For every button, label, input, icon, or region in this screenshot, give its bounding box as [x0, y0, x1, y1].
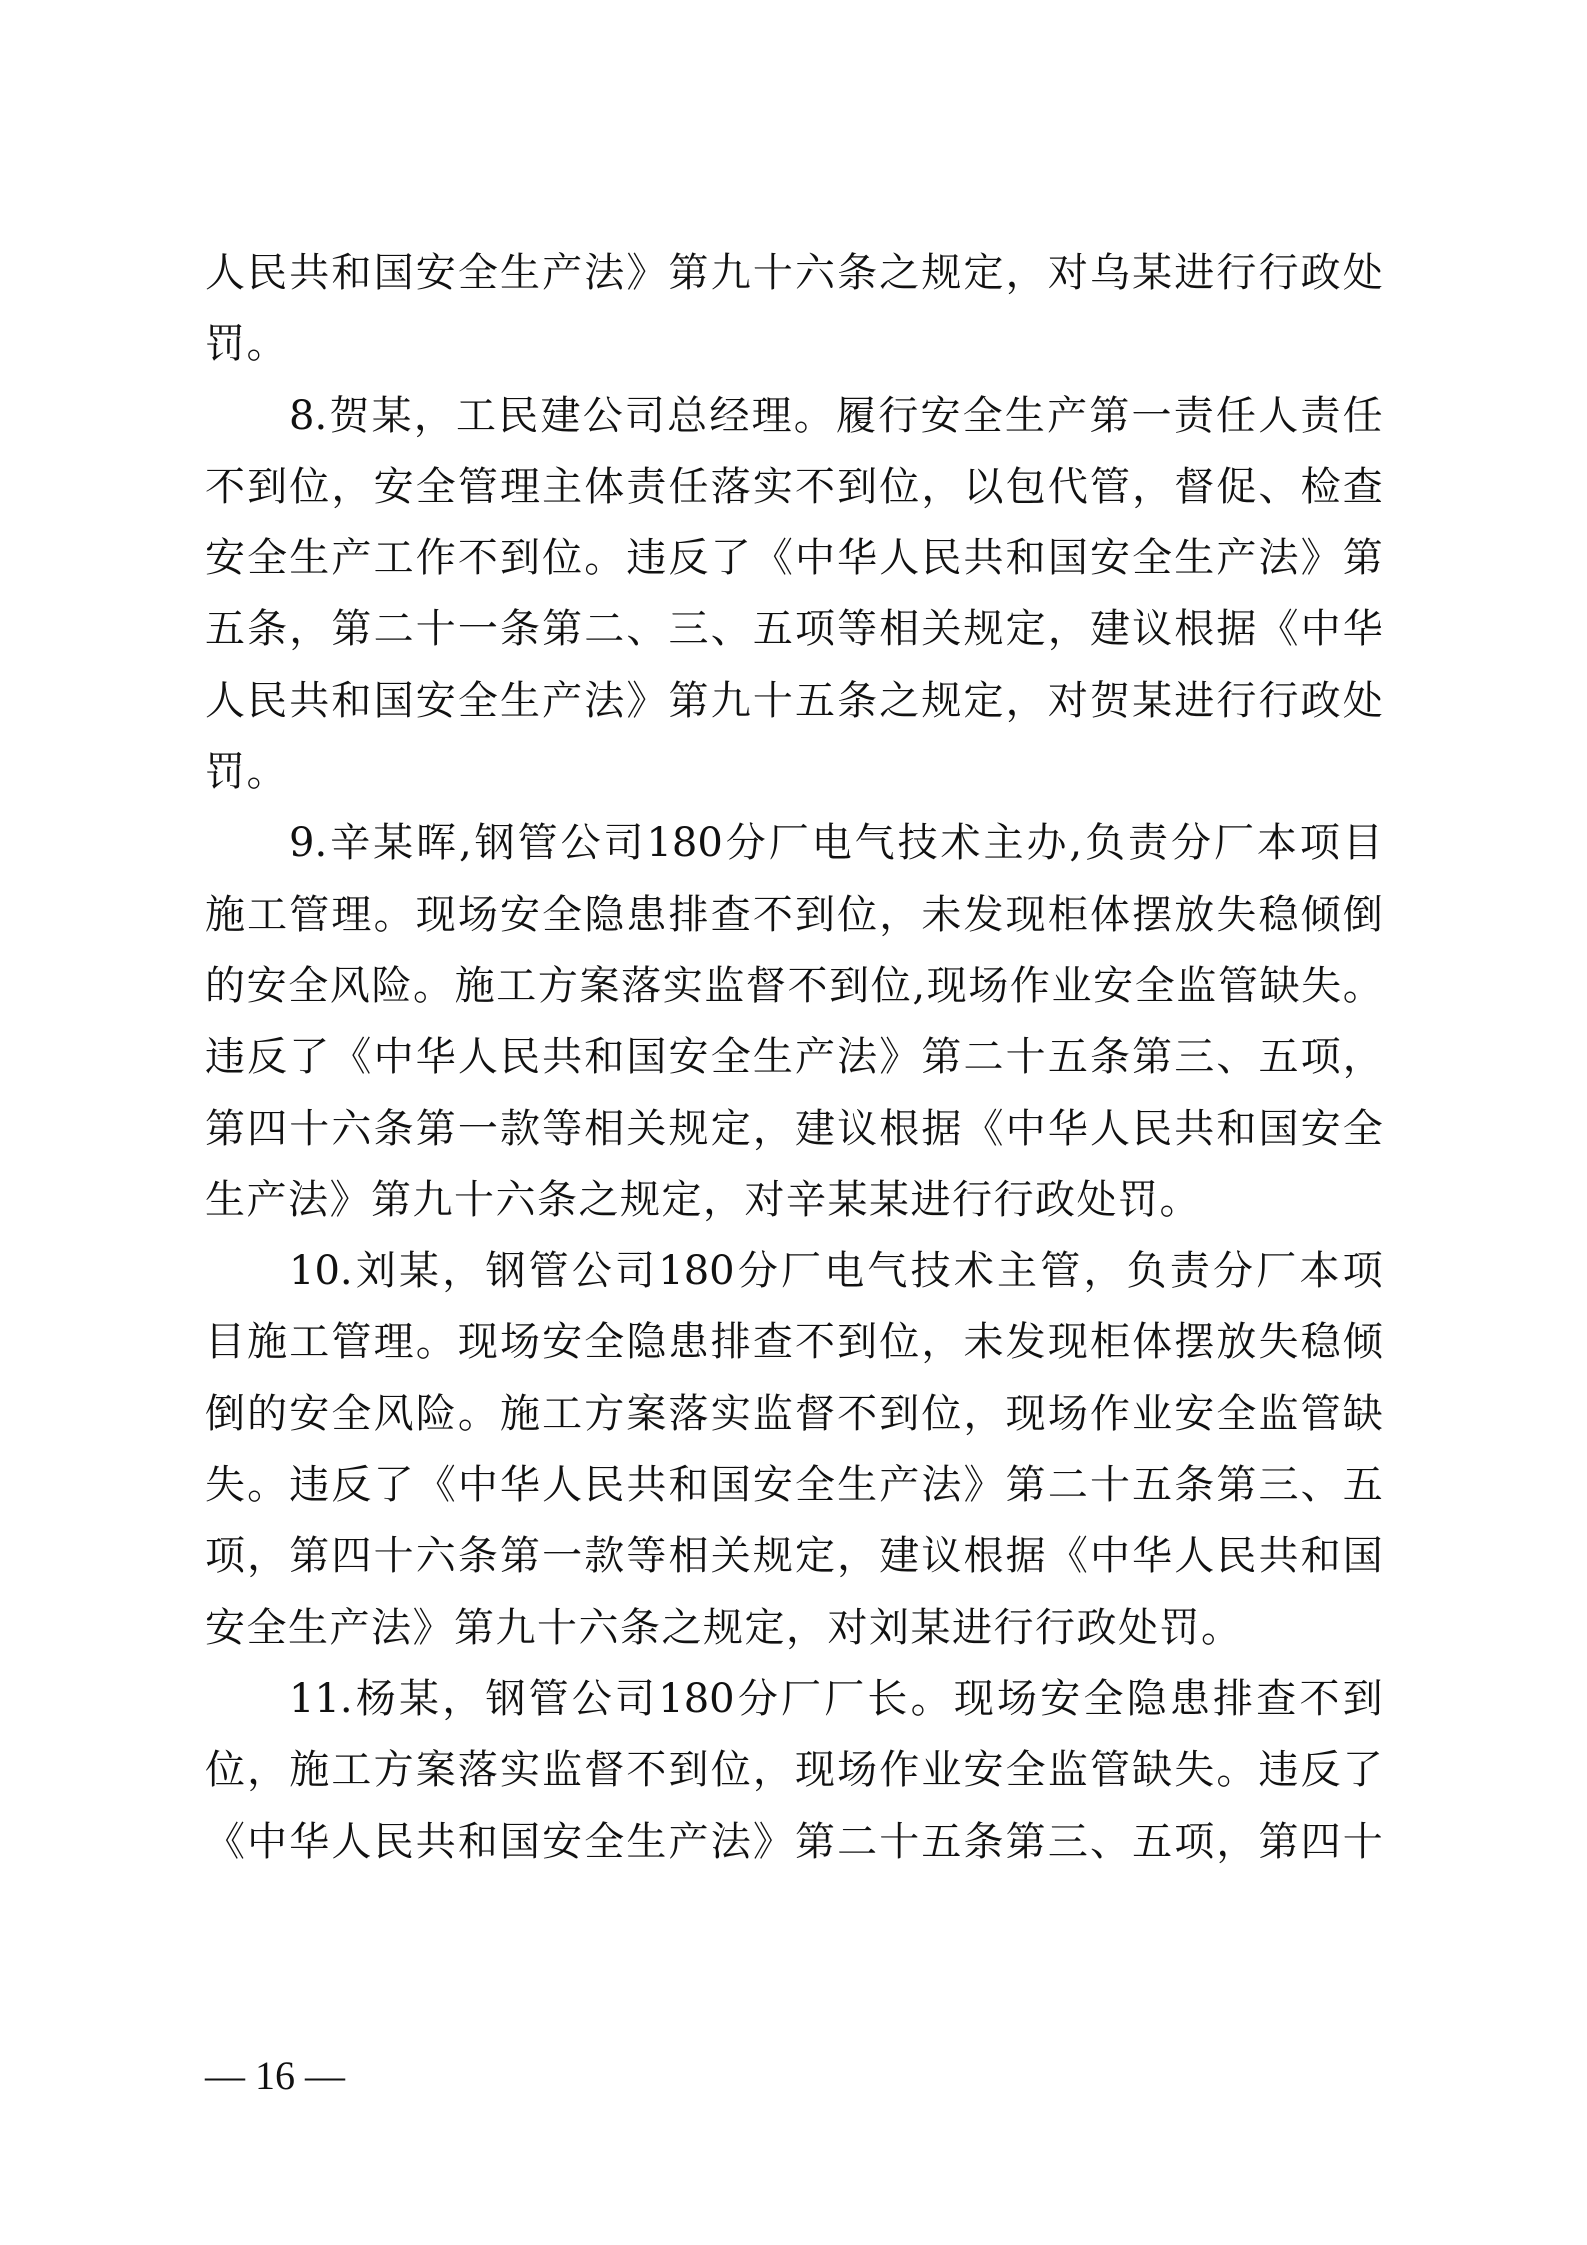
- text-line: 《中华人民共和国安全生产法》第二十五条第三、五项，第四十: [205, 1807, 1383, 1878]
- text-line: 10.刘某，钢管公司180分厂电气技术主管，负责分厂本项: [205, 1236, 1383, 1307]
- text-line: 失。违反了《中华人民共和国安全生产法》第二十五条第三、五: [205, 1450, 1383, 1521]
- text-line: 8.贺某，工民建公司总经理。履行安全生产第一责任人责任: [205, 381, 1383, 452]
- document-page: 人民共和国安全生产法》第九十六条之规定，对乌某进行行政处 罚。 8.贺某，工民建…: [0, 0, 1587, 2245]
- text-line: 不到位，安全管理主体责任落实不到位，以包代管，督促、检查: [205, 452, 1383, 523]
- document-body: 人民共和国安全生产法》第九十六条之规定，对乌某进行行政处 罚。 8.贺某，工民建…: [205, 238, 1383, 1878]
- text-line: 罚。: [205, 309, 1383, 380]
- paragraph-item-10: 10.刘某，钢管公司180分厂电气技术主管，负责分厂本项 目施工管理。现场安全隐…: [205, 1236, 1383, 1664]
- text-line: 施工管理。现场安全隐患排查不到位，未发现柜体摆放失稳倾倒: [205, 880, 1383, 951]
- text-line: 项，第四十六条第一款等相关规定，建议根据《中华人民共和国: [205, 1521, 1383, 1592]
- text-line: 9.辛某晖,钢管公司180分厂电气技术主办,负责分厂本项目: [205, 808, 1383, 879]
- paragraph-7-tail: 人民共和国安全生产法》第九十六条之规定，对乌某进行行政处 罚。: [205, 238, 1383, 381]
- paragraph-item-8: 8.贺某，工民建公司总经理。履行安全生产第一责任人责任 不到位，安全管理主体责任…: [205, 381, 1383, 809]
- text-line: 违反了《中华人民共和国安全生产法》第二十五条第三、五项，: [205, 1022, 1383, 1093]
- text-line: 安全生产法》第九十六条之规定，对刘某进行行政处罚。: [205, 1593, 1383, 1664]
- text-line: 生产法》第九十六条之规定，对辛某某进行行政处罚。: [205, 1165, 1383, 1236]
- text-line: 人民共和国安全生产法》第九十五条之规定，对贺某进行行政处: [205, 666, 1383, 737]
- paragraph-item-11: 11.杨某，钢管公司180分厂厂长。现场安全隐患排查不到 位，施工方案落实监督不…: [205, 1664, 1383, 1878]
- text-line: 罚。: [205, 737, 1383, 808]
- page-number: — 16 —: [205, 2052, 345, 2099]
- text-line: 11.杨某，钢管公司180分厂厂长。现场安全隐患排查不到: [205, 1664, 1383, 1735]
- text-line: 五条，第二十一条第二、三、五项等相关规定，建议根据《中华: [205, 594, 1383, 665]
- text-line: 位，施工方案落实监督不到位，现场作业安全监管缺失。违反了: [205, 1735, 1383, 1806]
- text-line: 第四十六条第一款等相关规定，建议根据《中华人民共和国安全: [205, 1094, 1383, 1165]
- text-line: 安全生产工作不到位。违反了《中华人民共和国安全生产法》第: [205, 523, 1383, 594]
- text-line: 人民共和国安全生产法》第九十六条之规定，对乌某进行行政处: [205, 238, 1383, 309]
- text-line: 倒的安全风险。施工方案落实监督不到位，现场作业安全监管缺: [205, 1379, 1383, 1450]
- paragraph-item-9: 9.辛某晖,钢管公司180分厂电气技术主办,负责分厂本项目 施工管理。现场安全隐…: [205, 808, 1383, 1236]
- text-line: 目施工管理。现场安全隐患排查不到位，未发现柜体摆放失稳倾: [205, 1307, 1383, 1378]
- text-line: 的安全风险。施工方案落实监督不到位,现场作业安全监管缺失。: [205, 951, 1383, 1022]
